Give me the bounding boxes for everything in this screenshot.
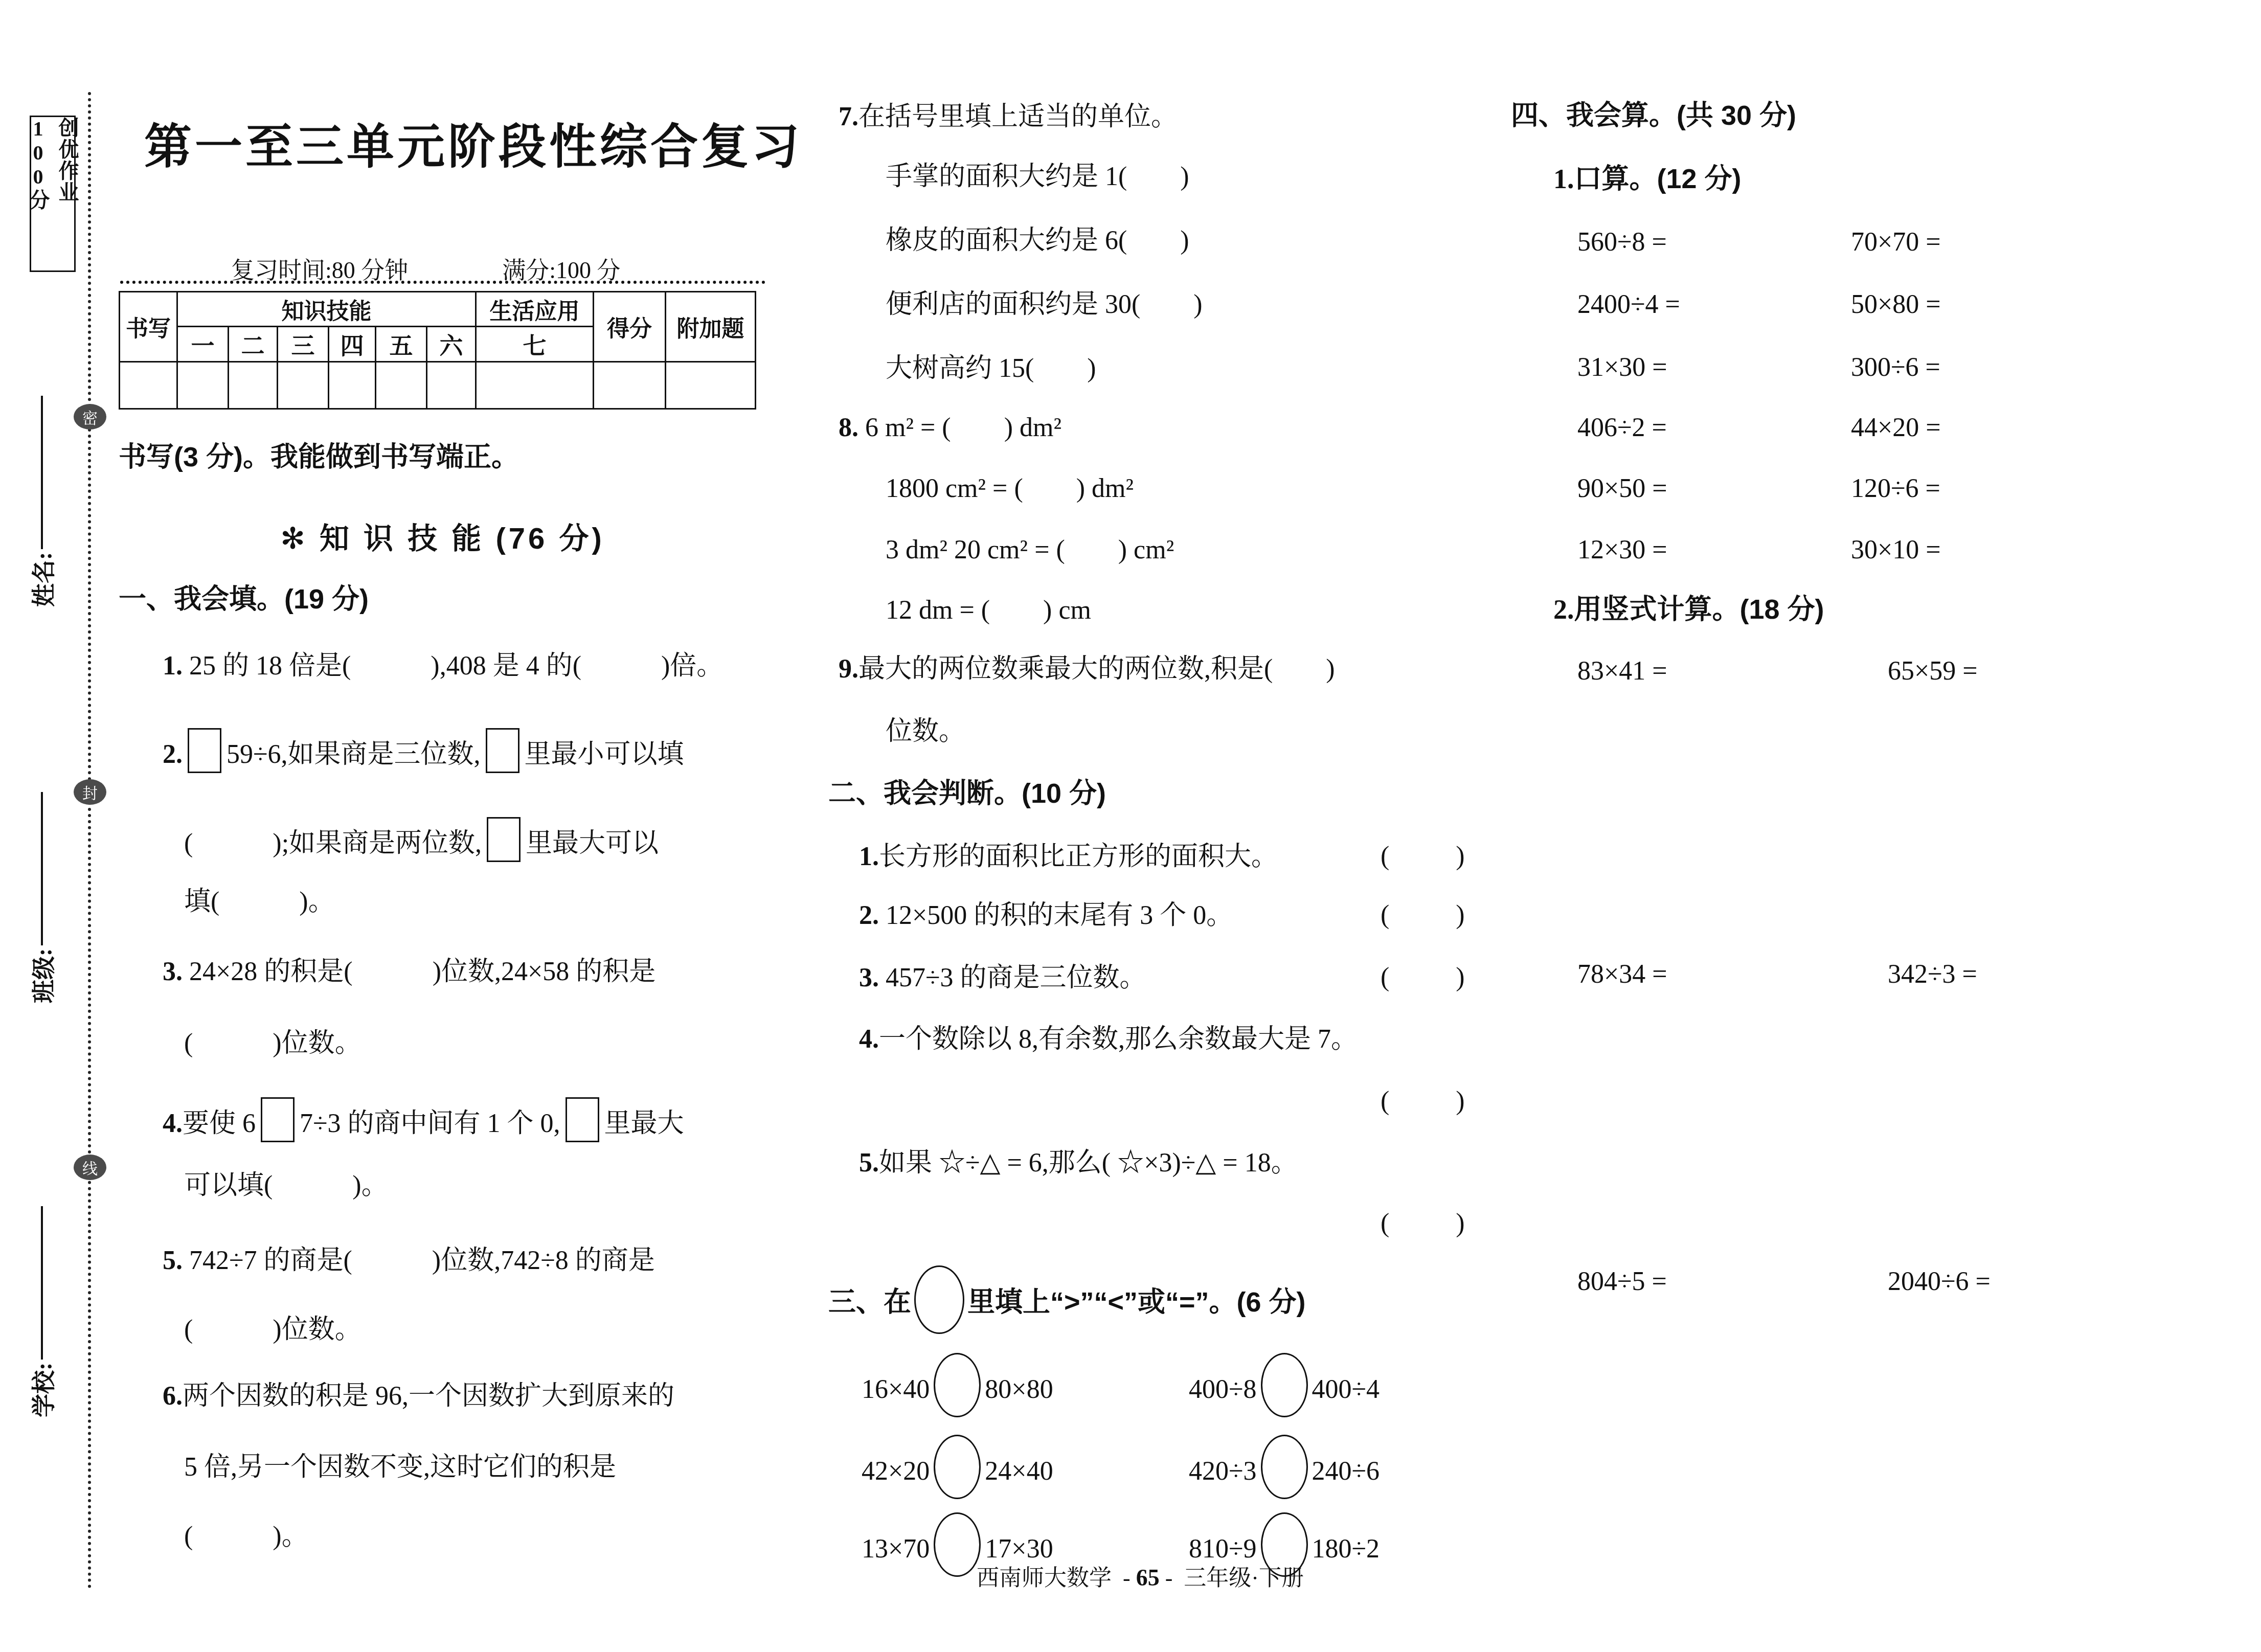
j5-number: 5. xyxy=(859,1148,879,1178)
q9-text: 最大的两位数乘最大的两位数,积是( ) xyxy=(858,654,1335,684)
section-knowledge-skill: ✻ 知 识 技 能 (76 分) xyxy=(122,514,763,557)
score-empty-cell xyxy=(376,362,427,409)
q2-text-a: 59÷6,如果商是三位数, xyxy=(227,740,481,769)
fill-q7-item2: 橡皮的面积大约是 6( ) xyxy=(886,225,1189,257)
score-table: 书写 知识技能 生活应用 得分 附加题 一 二 三 四 五 六 七 xyxy=(119,291,756,410)
q8-text: 6 m² = ( ) dm² xyxy=(858,413,1061,442)
blank-box xyxy=(188,728,221,773)
fill-q8-line2: 1800 cm² = ( ) dm² xyxy=(886,473,1134,505)
school-blank-line xyxy=(41,1206,43,1360)
brand-box: 创优作业100分 xyxy=(30,116,76,272)
section-four-head: 四、我会算。(共 30 分) xyxy=(1511,99,1796,132)
fill-q7-head: 7.在括号里填上适当的单位。 xyxy=(839,101,1178,133)
oral-item: 31×30 = xyxy=(1577,352,1667,383)
q4-text-a: 要使 6 xyxy=(183,1109,256,1138)
footer-book: 三年级·下册 xyxy=(1184,1566,1304,1591)
judge-paren-4: ( ) xyxy=(1381,1086,1465,1116)
writing-score-line: 书写(3 分)。我能做到书写端正。 xyxy=(119,441,519,474)
oral-item: 300÷6 = xyxy=(1851,352,1940,383)
score-sub-7: 七 xyxy=(476,327,594,362)
expr-left: 420÷3 xyxy=(1189,1457,1257,1486)
score-empty-cell xyxy=(427,362,476,409)
score-sub-2: 二 xyxy=(229,327,278,362)
three-head-a: 三、在 xyxy=(828,1287,911,1318)
oral-item: 12×30 = xyxy=(1577,534,1667,566)
score-sub-6: 六 xyxy=(427,327,476,362)
footer-sep xyxy=(1130,1566,1136,1591)
q7-text: 在括号里填上适当的单位。 xyxy=(858,102,1178,131)
score-sub-1: 一 xyxy=(177,327,229,362)
fill-q9-line2: 位数。 xyxy=(886,716,965,748)
expr-left: 400÷8 xyxy=(1189,1375,1257,1404)
fill-q2-line2: ( );如果商是两位数,里最大可以 xyxy=(184,817,659,862)
compare-row1-pair1: 16×4080×80 xyxy=(862,1353,1053,1417)
fill-q2-line1: 2.59÷6,如果商是三位数,里最小可以填 xyxy=(163,728,684,773)
seal-badge-xian: 线 xyxy=(74,1155,106,1180)
q8-number: 8. xyxy=(839,413,858,442)
judge-paren-1: ( ) xyxy=(1381,841,1465,871)
seal-char: 线 xyxy=(82,1156,98,1179)
fill-q7-item1: 手掌的面积大约是 1( ) xyxy=(886,161,1189,193)
column-item: 83×41 = xyxy=(1577,655,1667,687)
q4-text-d: 可以填( )。 xyxy=(184,1171,388,1200)
oral-item: 90×50 = xyxy=(1577,473,1667,505)
class-label: 班级: xyxy=(25,948,59,1003)
oral-item: 560÷8 = xyxy=(1577,227,1667,258)
footer-page-number: 65 xyxy=(1136,1565,1160,1591)
q2-text-b: 里最小可以填 xyxy=(525,740,684,769)
q6-text-b: 5 倍,另一个因数不变,这时它们的积是 xyxy=(184,1453,616,1482)
j1-number: 1. xyxy=(859,842,879,871)
column-label: 用竖式计算。(18 分) xyxy=(1574,594,1824,625)
score-empty-cell xyxy=(476,362,594,409)
fill-q3-line1: 3. 24×28 的积是( )位数,24×58 的积是 xyxy=(163,956,655,988)
judge-item-2: 2. 12×500 的积的末尾有 3 个 0。 xyxy=(859,900,1233,932)
footer-dash: - xyxy=(1165,1566,1173,1591)
q2-text-d: 里最大可以 xyxy=(526,829,659,858)
q5-text: 742÷7 的商是( )位数,742÷8 的商是 xyxy=(183,1246,655,1275)
blank-box xyxy=(486,728,519,773)
oral-item: 30×10 = xyxy=(1851,534,1941,566)
footer-sep xyxy=(1112,1566,1123,1591)
q2-number: 2. xyxy=(163,740,183,769)
score-empty-cell xyxy=(666,362,756,409)
q3-text-b: ( )位数。 xyxy=(184,1029,361,1058)
score-col-score: 得分 xyxy=(594,292,666,362)
footer-brand: 西南师大数学 xyxy=(977,1566,1112,1591)
expr-right: 240÷6 xyxy=(1312,1457,1380,1486)
q3-number: 3. xyxy=(163,957,183,986)
compare-row2-pair1: 42×2024×40 xyxy=(862,1435,1053,1499)
q1-number: 1. xyxy=(163,651,183,681)
q9-number: 9. xyxy=(839,654,858,684)
q4-number: 4. xyxy=(163,1109,183,1138)
j4-number: 4. xyxy=(859,1025,879,1054)
q6-number: 6. xyxy=(163,1382,183,1411)
fill-q4-line2: 可以填( )。 xyxy=(184,1170,388,1202)
fill-q8-line3: 3 dm² 20 cm² = ( ) cm² xyxy=(886,534,1174,566)
judge-item-1: 1.长方形的面积比正方形的面积大。 xyxy=(859,841,1278,873)
j4-text: 一个数除以 8,有余数,那么余数最大是 7。 xyxy=(879,1025,1358,1054)
score-col-bonus: 附加题 xyxy=(666,292,756,362)
j1-text: 长方形的面积比正方形的面积大。 xyxy=(879,842,1278,871)
q1-text: 25 的 18 倍是( ),408 是 4 的( )倍。 xyxy=(183,651,723,681)
footer-dash: - xyxy=(1123,1566,1130,1591)
compare-circle xyxy=(1261,1435,1308,1499)
column-item: 2040÷6 = xyxy=(1888,1266,1991,1298)
seal-dotted-line xyxy=(88,92,91,1589)
score-sub-4: 四 xyxy=(329,327,376,362)
seal-char: 封 xyxy=(82,781,98,803)
q5-number: 5. xyxy=(163,1246,183,1275)
oral-item: 44×20 = xyxy=(1851,412,1941,444)
j3-text: 457÷3 的商是三位数。 xyxy=(879,963,1146,992)
compare-row2-pair2: 420÷3240÷6 xyxy=(1189,1435,1380,1499)
school-label: 学校: xyxy=(25,1363,59,1417)
class-field: 班级: xyxy=(27,771,57,1003)
fill-q2-line3: 填( )。 xyxy=(184,886,335,918)
q7-number: 7. xyxy=(839,102,858,131)
oral-item: 406÷2 = xyxy=(1577,412,1667,444)
j2-text: 12×500 的积的末尾有 3 个 0。 xyxy=(879,901,1233,930)
q4-text-b: 7÷3 的商中间有 1 个 0, xyxy=(300,1109,560,1138)
expr-left: 13×70 xyxy=(862,1534,930,1564)
name-blank-line xyxy=(41,396,43,549)
score-sub-5: 五 xyxy=(376,327,427,362)
calc-oral-head: 1.口算。(12 分) xyxy=(1553,163,1742,196)
q6-text-c: ( )。 xyxy=(184,1522,308,1551)
q6-text: 两个因数的积是 96,一个因数扩大到原来的 xyxy=(183,1382,674,1411)
judge-paren-2: ( ) xyxy=(1381,900,1465,930)
column-item: 65×59 = xyxy=(1888,655,1978,687)
fill-q4-line1: 4.要使 67÷3 的商中间有 1 个 0,里最大 xyxy=(163,1097,684,1142)
judge-item-4: 4.一个数除以 8,有余数,那么余数最大是 7。 xyxy=(859,1024,1358,1055)
score-sub-3: 三 xyxy=(278,327,329,362)
column-number: 2. xyxy=(1553,594,1574,625)
compare-circle xyxy=(934,1353,981,1417)
school-field: 学校: xyxy=(27,1185,57,1417)
expr-left: 42×20 xyxy=(862,1457,930,1486)
name-field: 姓名: xyxy=(27,375,57,607)
seal-badge-mi: 密 xyxy=(74,404,106,429)
compare-circle xyxy=(934,1435,981,1499)
fill-q3-line2: ( )位数。 xyxy=(184,1028,361,1059)
oral-item: 120÷6 = xyxy=(1851,473,1940,505)
blank-box xyxy=(261,1097,295,1142)
section-one-head: 一、我会填。(19 分) xyxy=(119,583,369,616)
column-item: 342÷3 = xyxy=(1888,959,1977,990)
score-empty-cell xyxy=(594,362,666,409)
blank-box xyxy=(487,817,521,862)
expr-right: 80×80 xyxy=(985,1375,1053,1404)
fill-q6-line2: 5 倍,另一个因数不变,这时它们的积是 xyxy=(184,1452,616,1483)
score-col-knowledge: 知识技能 xyxy=(177,292,476,327)
footer-sep xyxy=(1172,1566,1184,1591)
compare-circle xyxy=(914,1265,964,1334)
score-empty-cell xyxy=(177,362,229,409)
j5-text: 如果 ☆÷△ = 6,那么( ☆×3)÷△ = 18。 xyxy=(879,1148,1298,1178)
j2-number: 2. xyxy=(859,901,879,930)
fill-q5-line2: ( )位数。 xyxy=(184,1314,361,1346)
worksheet-page: 创优作业100分 密 封 线 姓名: 班级: 学校: 第一至三单元阶段性综合复习… xyxy=(0,0,2261,1652)
score-col-writing: 书写 xyxy=(120,292,177,362)
j3-number: 3. xyxy=(859,963,879,992)
fill-q5-line1: 5. 742÷7 的商是( )位数,742÷8 的商是 xyxy=(163,1245,655,1277)
oral-number: 1. xyxy=(1553,164,1574,194)
fill-q7-item4: 大树高约 15( ) xyxy=(886,353,1096,384)
q2-text-c: ( );如果商是两位数, xyxy=(184,829,482,858)
oral-item: 50×80 = xyxy=(1851,289,1941,321)
footer-sep xyxy=(1160,1566,1165,1591)
blank-box xyxy=(566,1097,599,1142)
section-two-head: 二、我会判断。(10 分) xyxy=(828,777,1106,810)
fill-q9-line1: 9.最大的两位数乘最大的两位数,积是( ) xyxy=(839,653,1335,685)
judge-item-5: 5.如果 ☆÷△ = 6,那么( ☆×3)÷△ = 18。 xyxy=(859,1147,1298,1179)
seal-badge-feng: 封 xyxy=(74,779,106,805)
dotted-rule xyxy=(120,281,765,284)
score-empty-cell xyxy=(229,362,278,409)
score-empty-cell xyxy=(278,362,329,409)
compare-row1-pair2: 400÷8400÷4 xyxy=(1189,1353,1380,1417)
section-three-head: 三、在里填上“>”“<”或“=”。(6 分) xyxy=(828,1265,1306,1334)
fill-q6-line3: ( )。 xyxy=(184,1521,308,1552)
expr-left: 16×40 xyxy=(862,1375,930,1404)
column-item: 78×34 = xyxy=(1577,959,1667,990)
fill-q1: 1. 25 的 18 倍是( ),408 是 4 的( )倍。 xyxy=(163,650,723,682)
oral-item: 70×70 = xyxy=(1851,227,1941,258)
fill-q8-line4: 12 dm = ( ) cm xyxy=(886,595,1091,626)
column-item: 804÷5 = xyxy=(1577,1266,1667,1298)
fill-q7-item3: 便利店的面积约是 30( ) xyxy=(886,289,1203,321)
page-title: 第一至三单元阶段性综合复习 xyxy=(144,108,753,177)
calc-column-head: 2.用竖式计算。(18 分) xyxy=(1553,593,1824,626)
q2-text-e: 填( )。 xyxy=(184,887,335,916)
three-head-b: 里填上“>”“<”或“=”。(6 分) xyxy=(967,1287,1306,1318)
expr-right: 400÷4 xyxy=(1312,1375,1380,1404)
expr-right: 24×40 xyxy=(985,1457,1053,1486)
oral-item: 2400÷4 = xyxy=(1577,289,1680,321)
judge-paren-5: ( ) xyxy=(1381,1208,1465,1238)
score-col-life: 生活应用 xyxy=(476,292,594,327)
class-blank-line xyxy=(41,792,43,945)
fill-q8-line1: 8. 6 m² = ( ) dm² xyxy=(839,412,1061,444)
fill-q6-line1: 6.两个因数的积是 96,一个因数扩大到原来的 xyxy=(163,1381,674,1412)
judge-paren-3: ( ) xyxy=(1381,962,1465,992)
q4-text-c: 里最大 xyxy=(604,1109,684,1138)
score-empty-cell xyxy=(329,362,376,409)
brand-text: 创优作业100分 xyxy=(24,117,82,270)
q3-text: 24×28 的积是( )位数,24×58 的积是 xyxy=(183,957,655,986)
compare-circle xyxy=(1261,1353,1308,1417)
name-label: 姓名: xyxy=(25,552,59,607)
oral-label: 口算。(12 分) xyxy=(1574,164,1742,194)
score-empty-cell xyxy=(120,362,177,409)
q5-text-b: ( )位数。 xyxy=(184,1315,361,1344)
judge-item-3: 3. 457÷3 的商是三位数。 xyxy=(859,962,1146,994)
page-footer: 西南师大数学 - 65 - 三年级·下册 xyxy=(946,1559,1335,1592)
seal-char: 密 xyxy=(82,405,98,428)
